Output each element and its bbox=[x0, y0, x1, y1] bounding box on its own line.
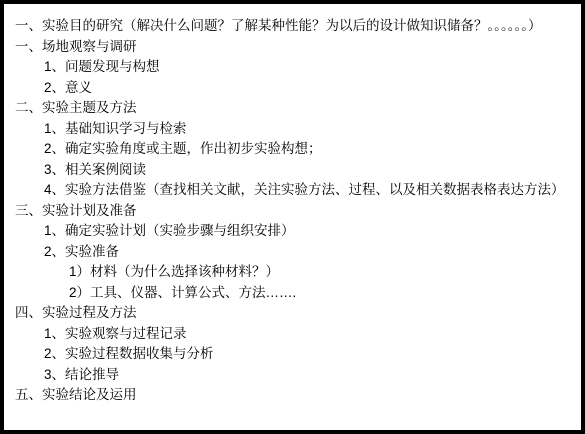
outline-line: 4、实验方法借鉴（查找相关文献，关注实验方法、过程、以及相关数据表格表达方法） bbox=[4, 180, 581, 201]
outline-line: 2）工具、仪器、计算公式、方法……. bbox=[4, 283, 581, 304]
outline-line: 2、实验准备 bbox=[4, 242, 581, 263]
outline-line: 一、实验目的研究（解决什么问题？了解某种性能？为以后的设计做知识储备？。。。。。… bbox=[4, 16, 581, 37]
outline-line: 2、意义 bbox=[4, 78, 581, 99]
outline-line: 3、相关案例阅读 bbox=[4, 160, 581, 181]
outline-line: 五、实验结论及运用 bbox=[4, 385, 581, 406]
outline-line: 1、确定实验计划（实验步骤与组织安排） bbox=[4, 221, 581, 242]
outline-line: 三、实验计划及准备 bbox=[4, 201, 581, 222]
outline-line: 2、确定实验角度或主题，作出初步实验构想； bbox=[4, 139, 581, 160]
outline: 一、实验目的研究（解决什么问题？了解某种性能？为以后的设计做知识储备？。。。。。… bbox=[4, 4, 581, 406]
outline-line: 2、实验过程数据收集与分析 bbox=[4, 344, 581, 365]
outline-line: 二、实验主题及方法 bbox=[4, 98, 581, 119]
outline-line: 1、问题发现与构想 bbox=[4, 57, 581, 78]
document-page: 一、实验目的研究（解决什么问题？了解某种性能？为以后的设计做知识储备？。。。。。… bbox=[0, 0, 585, 434]
outline-line: 四、实验过程及方法 bbox=[4, 303, 581, 324]
outline-line: 1、实验观察与过程记录 bbox=[4, 324, 581, 345]
outline-line: 一、场地观察与调研 bbox=[4, 37, 581, 58]
outline-line: 3、结论推导 bbox=[4, 365, 581, 386]
outline-line: 1、基础知识学习与检索 bbox=[4, 119, 581, 140]
outline-line: 1）材料（为什么选择该种材料？） bbox=[4, 262, 581, 283]
